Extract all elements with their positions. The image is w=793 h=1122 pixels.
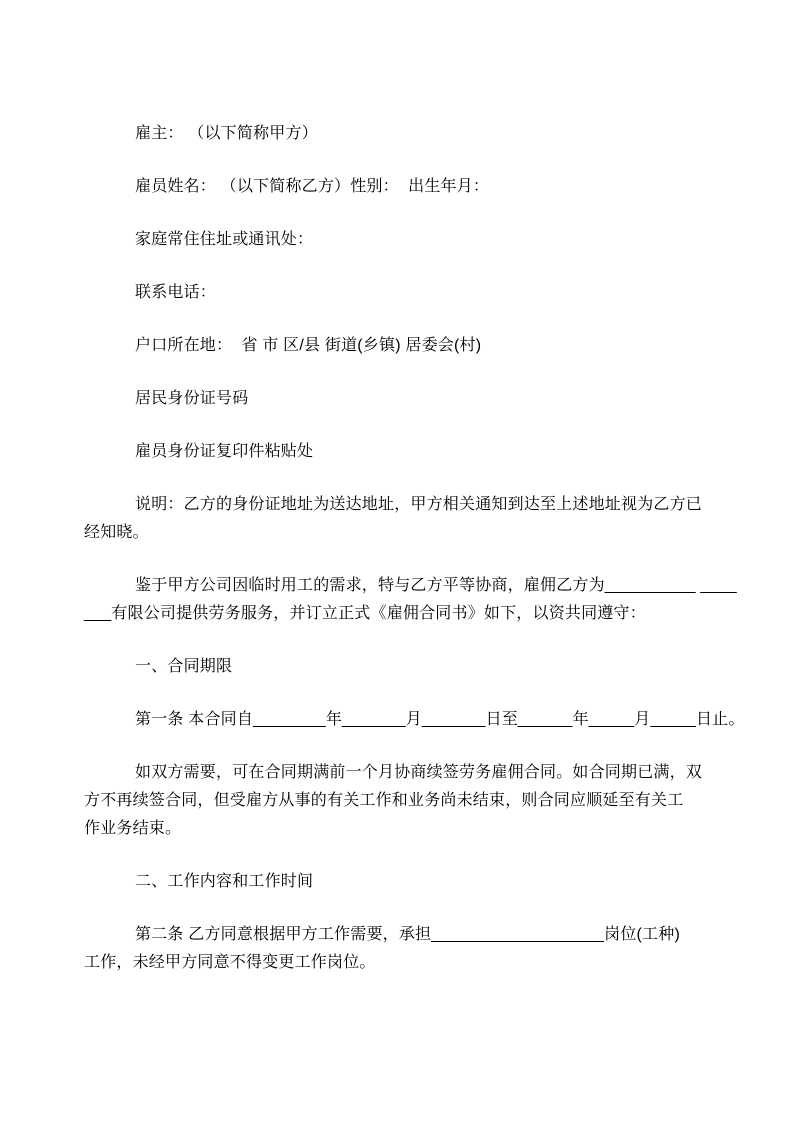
paragraph-home-address: 家庭常住住址或通讯处： xyxy=(84,226,714,254)
paragraph-preamble: 鉴于甲方公司因临时用工的需求，特与乙方平等协商，雇佣乙方为__________ … xyxy=(84,572,714,628)
paragraph-section-1-heading: 一、合同期限 xyxy=(84,653,714,681)
document-body: 雇主： （以下简称甲方）雇员姓名： （以下简称乙方）性别： 出生年月：家庭常住住… xyxy=(84,120,714,977)
text-line: 方不再续签合同，但受雇方从事的有关工作和业务尚未结束，则合同应顺延至有关工 xyxy=(84,787,714,815)
text-line: 二、工作内容和工作时间 xyxy=(84,868,714,896)
text-line: 如双方需要，可在合同期满前一个月协商续签劳务雇佣合同。如合同期已满，双 xyxy=(84,759,714,787)
text-line: 说明：乙方的身份证地址为送达地址，甲方相关通知到达至上述地址视为乙方已 xyxy=(84,491,714,519)
text-line: 一、合同期限 xyxy=(84,653,714,681)
text-line: 居民身份证号码 xyxy=(84,385,714,413)
text-line: 鉴于甲方公司因临时用工的需求，特与乙方平等协商，雇佣乙方为__________ … xyxy=(84,572,714,600)
text-line: 雇员身份证复印件粘贴处 xyxy=(84,438,714,466)
paragraph-employer: 雇主： （以下简称甲方） xyxy=(84,120,714,148)
paragraph-resident-id-number: 居民身份证号码 xyxy=(84,385,714,413)
text-line: 雇员姓名： （以下简称乙方）性别： 出生年月： xyxy=(84,173,714,201)
text-line: 第二条 乙方同意根据甲方工作需要，承担___________________岗位… xyxy=(84,921,714,949)
paragraph-note: 说明：乙方的身份证地址为送达地址，甲方相关通知到达至上述地址视为乙方已经知晓。 xyxy=(84,491,714,547)
text-line: 第一条 本合同自________年_______月_______日至______… xyxy=(84,706,714,734)
text-line: 户口所在地： 省 市 区/县 街道(乡镇) 居委会(村) xyxy=(84,332,714,360)
paragraph-household-registration: 户口所在地： 省 市 区/县 街道(乡镇) 居委会(村) xyxy=(84,332,714,360)
text-line: 联系电话： xyxy=(84,279,714,307)
text-line: 作业务结束。 xyxy=(84,815,714,843)
paragraph-section-2-heading: 二、工作内容和工作时间 xyxy=(84,868,714,896)
paragraph-renewal-clause: 如双方需要，可在合同期满前一个月协商续签劳务雇佣合同。如合同期已满，双方不再续签… xyxy=(84,759,714,843)
text-line: 家庭常住住址或通讯处： xyxy=(84,226,714,254)
paragraph-id-copy-paste-area: 雇员身份证复印件粘贴处 xyxy=(84,438,714,466)
paragraph-article-2: 第二条 乙方同意根据甲方工作需要，承担___________________岗位… xyxy=(84,921,714,977)
paragraph-employee-name: 雇员姓名： （以下简称乙方）性别： 出生年月： xyxy=(84,173,714,201)
text-line: 经知晓。 xyxy=(84,519,714,547)
text-line: 工作，未经甲方同意不得变更工作岗位。 xyxy=(84,949,714,977)
document-page: 雇主： （以下简称甲方）雇员姓名： （以下简称乙方）性别： 出生年月：家庭常住住… xyxy=(0,0,793,1122)
paragraph-contact-phone: 联系电话： xyxy=(84,279,714,307)
text-line: 雇主： （以下简称甲方） xyxy=(84,120,714,148)
paragraph-article-1: 第一条 本合同自________年_______月_______日至______… xyxy=(84,706,714,734)
text-line: ___有限公司提供劳务服务，并订立正式《雇佣合同书》如下，以资共同遵守： xyxy=(84,600,714,628)
